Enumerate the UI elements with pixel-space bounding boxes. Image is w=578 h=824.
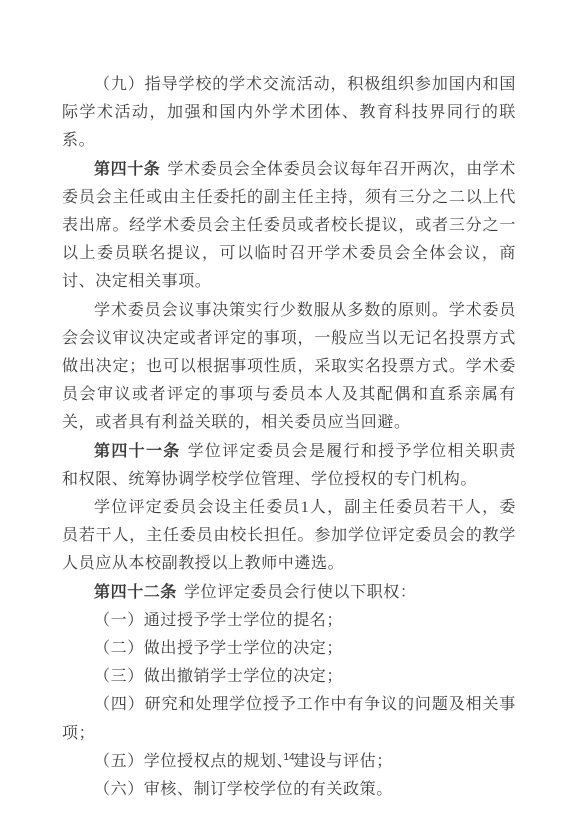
paragraph-article-40: 第四十条学术委员会全体委员会议每年召开两次，由学术委员会主任或由主任委托的副主任… (62, 156, 516, 297)
paragraph-text: 学术委员会全体委员会议每年召开两次，由学术委员会主任或由主任委托的副主任主持，须… (62, 161, 516, 291)
paragraph-committee-composition: 学位评定委员会设主任委员1人，副主任委员若干人，委员若干人，主任委员由校长担任。… (62, 494, 516, 579)
paragraph-item-2: （二）做出授予学士学位的决定； (62, 635, 516, 663)
paragraph-item-6: （六）审核、制订学校学位的有关政策。 (62, 776, 516, 804)
paragraph-article-42: 第四十二条学位评定委员会行使以下职权： (62, 579, 516, 607)
paragraph-article-41: 第四十一条学位评定委员会是履行和授予学位相关职责和权限、统筹协调学校学位管理、学… (62, 438, 516, 494)
paragraph-text: （三）做出撤销学士学位的决定； (94, 668, 343, 685)
article-number: 第四十二条 (94, 584, 177, 601)
paragraph-item-9: （九）指导学校的学术交流活动，积极组织参加国内和国际学术活动，加强和国内外学术团… (62, 71, 516, 156)
document-body: （九）指导学校的学术交流活动，积极组织参加国内和国际学术活动，加强和国内外学术团… (62, 71, 516, 804)
page-number: 14 (0, 752, 578, 763)
paragraph-text: （九）指导学校的学术交流活动，积极组织参加国内和国际学术活动，加强和国内外学术团… (62, 76, 516, 149)
paragraph-text: （一）通过授予学士学位的提名； (94, 612, 343, 629)
article-number: 第四十一条 (94, 443, 181, 460)
paragraph-text: 学位评定委员会行使以下职权： (184, 584, 416, 601)
paragraph-text: 学位评定委员会设主任委员1人，副主任委员若干人，委员若干人，主任委员由校长担任。… (62, 499, 516, 572)
paragraph-voting-rules: 学术委员会议事决策实行少数服从多数的原则。学术委员会会议审议决定或者评定的事项，… (62, 297, 516, 438)
paragraph-text: （六）审核、制订学校学位的有关政策。 (94, 781, 393, 798)
paragraph-item-4: （四）研究和处理学位授予工作中有争议的问题及相关事项； (62, 691, 516, 747)
article-number: 第四十条 (94, 161, 160, 178)
paragraph-item-3: （三）做出撤销学士学位的决定； (62, 663, 516, 691)
paragraph-text: （四）研究和处理学位授予工作中有争议的问题及相关事项； (62, 696, 516, 741)
paragraph-text: （二）做出授予学士学位的决定； (94, 640, 343, 657)
paragraph-item-1: （一）通过授予学士学位的提名； (62, 607, 516, 635)
document-page: （九）指导学校的学术交流活动，积极组织参加国内和国际学术活动，加强和国内外学术团… (0, 0, 578, 824)
paragraph-text: 学术委员会议事决策实行少数服从多数的原则。学术委员会会议审议决定或者评定的事项，… (62, 302, 516, 432)
